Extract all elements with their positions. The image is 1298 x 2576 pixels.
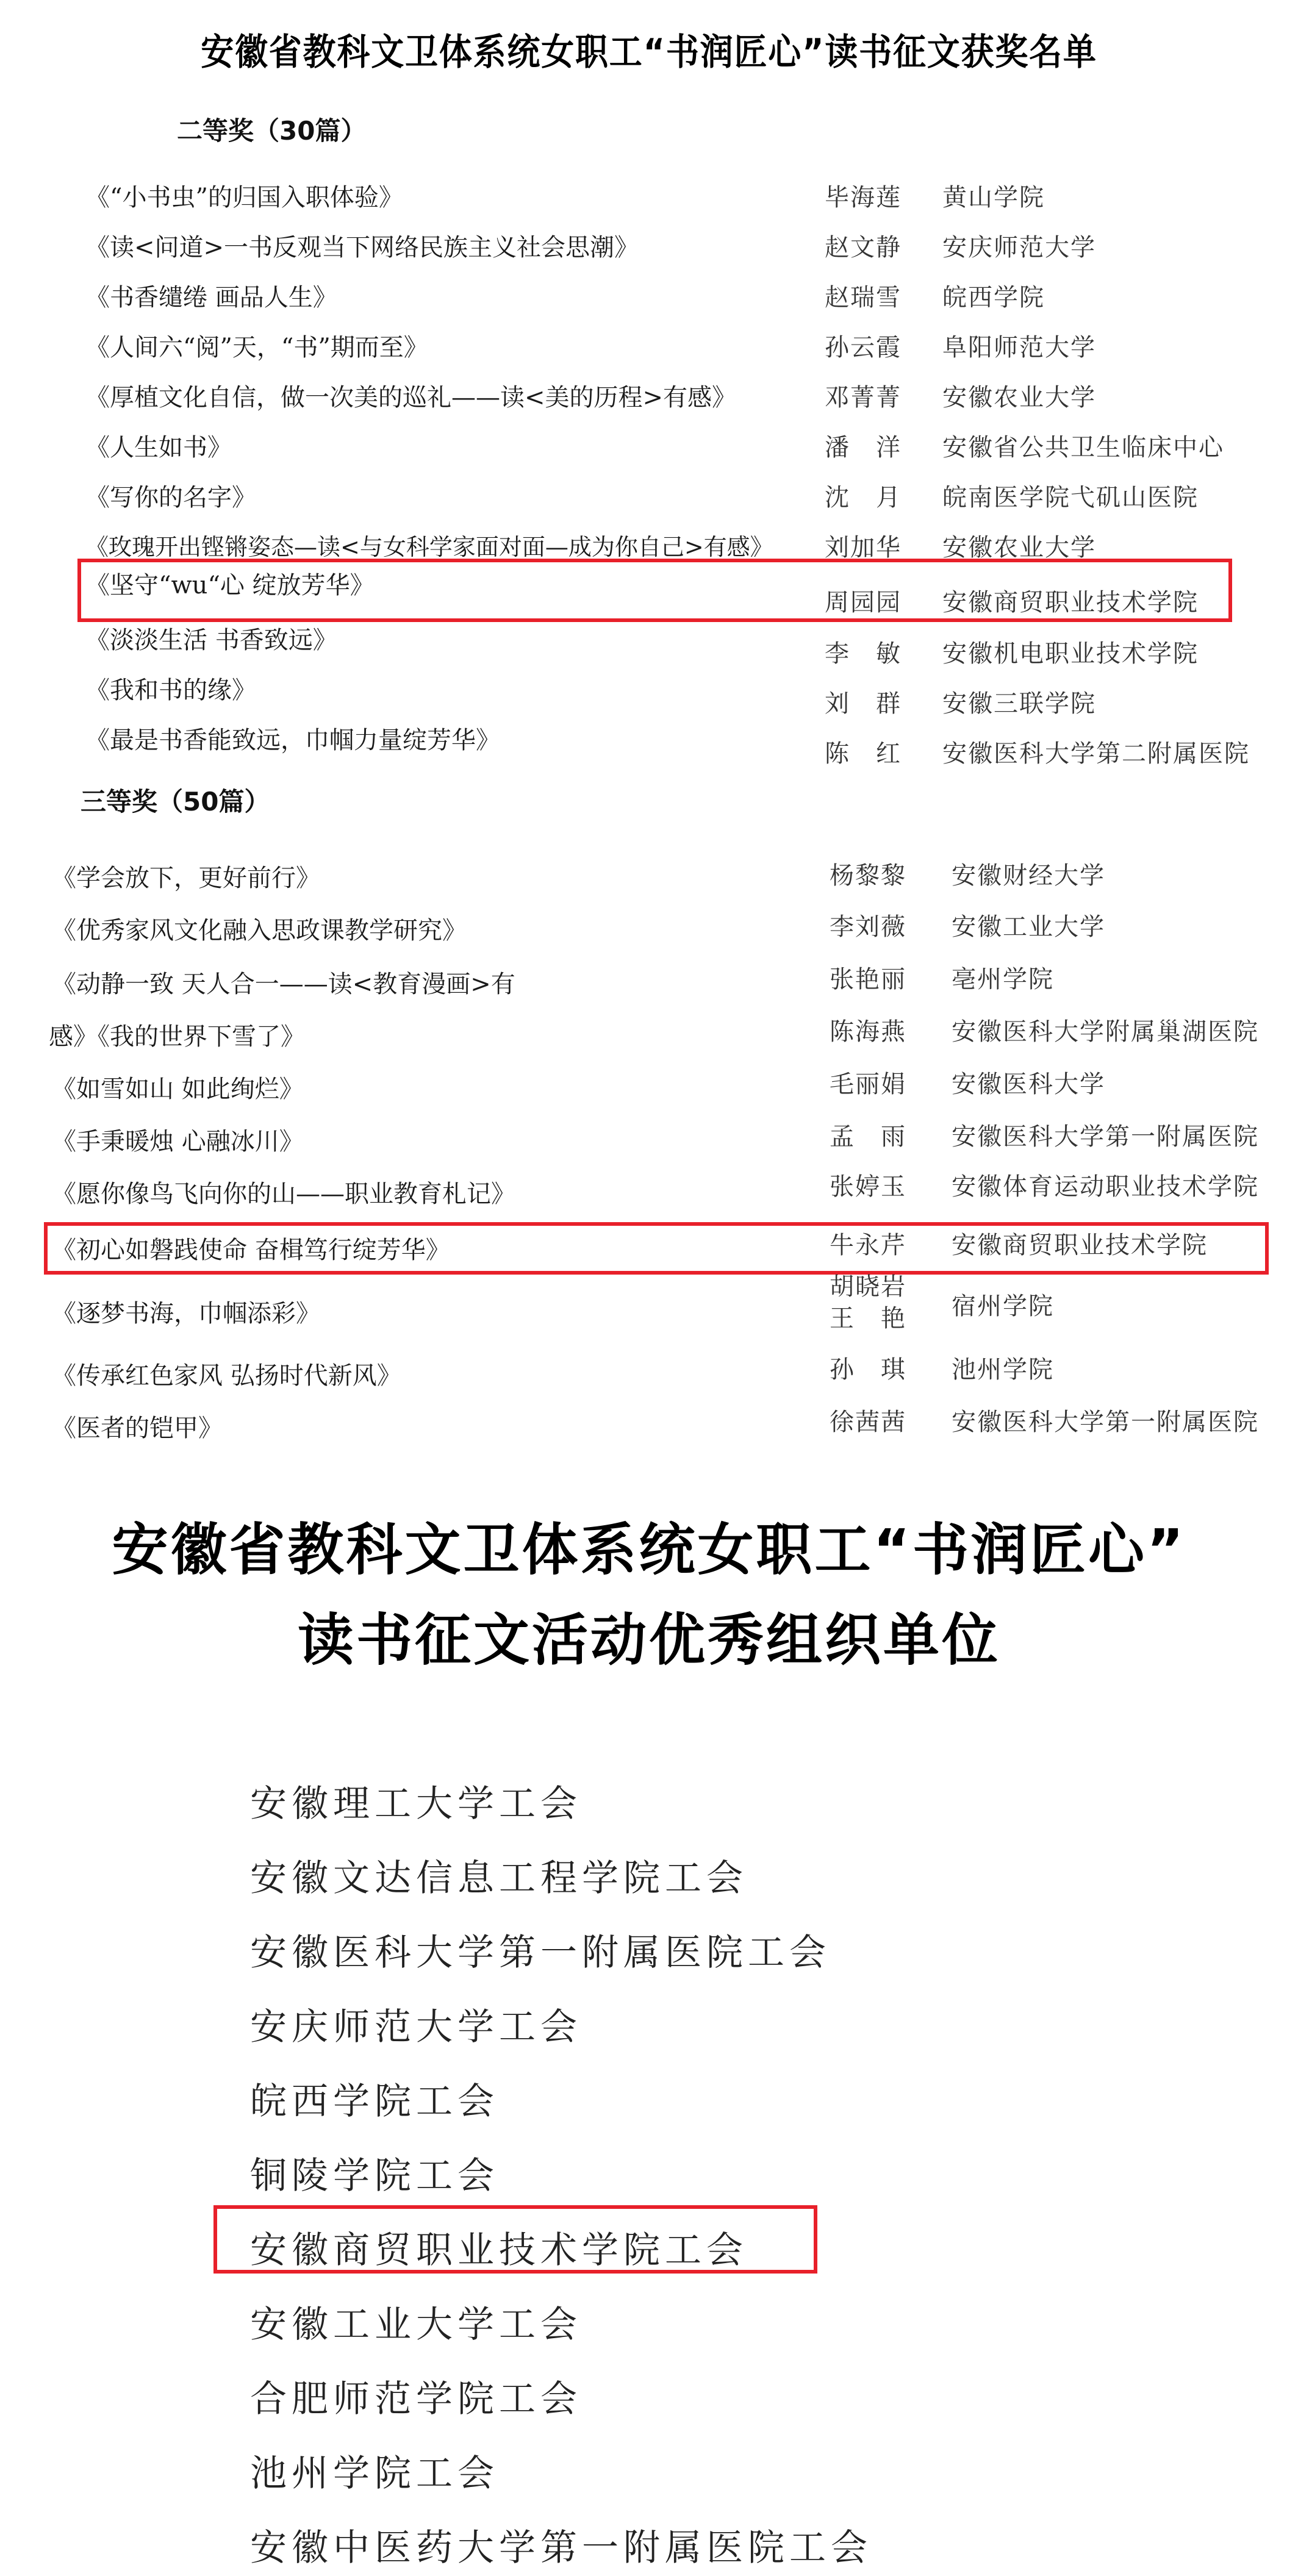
award-title: 《玫瑰开出铿锵姿态—读<与女科学家面对面—成为你自己>有感》 — [85, 528, 773, 562]
organization-item: 合肥师范学院工会 — [250, 2370, 582, 2422]
award-title: 《人间六“阅”天，“书”期而至》 — [85, 328, 428, 363]
award-title: 《写你的名字》 — [85, 478, 256, 513]
author-name: 李 敏 — [825, 634, 902, 669]
author-unit: 安徽省公共卫生临床中心 — [942, 428, 1224, 463]
award-title: 《动静一致 天人合一——读<教育漫画>有 — [52, 965, 515, 1000]
third-prize-heading: 三等奖（50篇） — [81, 782, 270, 818]
organization-item: 安徽文达信息工程学院工会 — [250, 1849, 748, 1902]
author-unit: 安徽农业大学 — [942, 528, 1096, 563]
author-name: 潘 洋 — [825, 428, 902, 463]
author-name: 赵瑞雪 — [825, 278, 902, 313]
award-title: 《我和书的缘》 — [85, 671, 256, 706]
author-unit: 安徽机电职业技术学院 — [942, 634, 1199, 669]
award-title: 《“小书虫”的归国入职体验》 — [85, 178, 403, 213]
organization-item: 安徽工业大学工会 — [250, 2295, 582, 2348]
author-name: 张婷玉 — [830, 1167, 906, 1202]
organization-item: 安徽医科大学第一附属医院工会 — [250, 1923, 831, 1976]
author-name: 赵文静 — [825, 228, 902, 263]
organization-item: 池州学院工会 — [250, 2444, 499, 2497]
award-title: 《学会放下，更好前行》 — [52, 859, 320, 893]
author-name: 邓菁菁 — [825, 378, 902, 413]
author-name: 刘加华 — [825, 528, 902, 563]
author-unit: 皖西学院 — [942, 278, 1045, 313]
organization-item-highlighted: 安徽商贸职业技术学院工会 — [250, 2221, 748, 2274]
award-title: 《最是书香能致远，巾帼力量绽芳华》 — [85, 721, 500, 756]
organization-item: 安徽中医药大学第一附属医院工会 — [250, 2519, 872, 2571]
organization-item: 铜陵学院工会 — [250, 2147, 499, 2199]
author-name: 李刘薇 — [830, 907, 906, 942]
award-title: 《厚植文化自信，做一次美的巡礼——读<美的历程>有感》 — [85, 378, 736, 413]
author-name: 杨黎黎 — [830, 856, 906, 891]
author-name-highlighted: 周园园 — [825, 583, 902, 618]
document-title: 安徽省教科文卫体系统女职工“书润匠心”读书征文获奖名单 — [65, 23, 1233, 76]
author-unit: 安徽工业大学 — [952, 907, 1105, 942]
author-name-1: 胡晓岩 — [830, 1271, 906, 1303]
author-unit: 安徽医科大学 — [952, 1065, 1105, 1100]
author-unit: 安徽医科大学第一附属医院 — [952, 1117, 1259, 1152]
author-name: 沈 月 — [825, 478, 902, 513]
author-name: 张艳丽 — [830, 960, 906, 995]
author-name: 陈海燕 — [830, 1012, 906, 1047]
award-title-highlighted: 《坚守“wu“心 绽放芳华》 — [85, 566, 375, 601]
organizations-title-line1: 安徽省教科文卫体系统女职工“书润匠心” — [0, 1505, 1298, 1586]
author-name: 陈 红 — [825, 734, 902, 769]
award-title: 《书香缱绻 画品人生》 — [85, 278, 337, 313]
award-title: 感》《我的世界下雪了》 — [49, 1017, 305, 1052]
author-name-2: 王 艳 — [830, 1303, 906, 1334]
author-unit: 安徽财经大学 — [952, 856, 1105, 891]
organization-item: 安徽理工大学工会 — [250, 1775, 582, 1827]
award-title: 《逐梦书海，巾帼添彩》 — [52, 1294, 320, 1329]
award-title: 《手秉暖烛 心融冰川》 — [52, 1122, 304, 1157]
author-name: 孟 雨 — [830, 1117, 906, 1152]
author-unit-highlighted: 安徽商贸职业技术学院 — [952, 1226, 1208, 1261]
author-unit: 宿州学院 — [952, 1287, 1054, 1322]
author-name-highlighted: 牛永芹 — [830, 1226, 906, 1261]
author-name: 刘 群 — [825, 684, 902, 719]
award-title: 《优秀家风文化融入思政课教学研究》 — [52, 911, 467, 946]
second-prize-heading: 二等奖（30篇） — [177, 111, 366, 148]
author-unit: 黄山学院 — [942, 178, 1045, 213]
award-title: 《读<问道>一书反观当下网络民族主义社会思潮》 — [85, 228, 639, 263]
award-title: 《淡淡生活 书香致远》 — [85, 621, 337, 656]
author-unit: 安徽医科大学附属巢湖医院 — [952, 1012, 1259, 1047]
author-name: 徐茜茜 — [830, 1403, 906, 1437]
author-unit: 安徽体育运动职业技术学院 — [952, 1167, 1259, 1202]
award-title: 《传承红色家风 弘扬时代新风》 — [52, 1356, 401, 1391]
author-name: 毕海莲 — [825, 178, 902, 213]
award-title-highlighted: 《初心如磐践使命 奋楫笃行绽芳华》 — [52, 1231, 450, 1265]
award-title: 《人生如书》 — [85, 428, 232, 463]
organization-item: 皖西学院工会 — [250, 2072, 499, 2125]
award-title: 《愿你像鸟飞向你的山——职业教育札记》 — [52, 1175, 515, 1209]
author-unit: 亳州学院 — [952, 960, 1054, 995]
author-unit: 皖南医学院弋矶山医院 — [942, 478, 1199, 513]
author-name: 胡晓岩 王 艳 — [830, 1271, 906, 1334]
author-unit: 安徽医科大学第一附属医院 — [952, 1403, 1259, 1437]
author-unit-highlighted: 安徽商贸职业技术学院 — [942, 583, 1199, 618]
author-unit: 池州学院 — [952, 1350, 1054, 1385]
award-title: 《如雪如山 如此绚烂》 — [52, 1070, 304, 1104]
organization-item: 安庆师范大学工会 — [250, 1998, 582, 2050]
organizations-title-line2: 读书征文活动优秀组织单位 — [0, 1595, 1298, 1676]
author-unit: 安徽三联学院 — [942, 684, 1096, 719]
author-unit: 安徽医科大学第二附属医院 — [942, 734, 1250, 769]
author-unit: 安徽农业大学 — [942, 378, 1096, 413]
author-name: 孙云霞 — [825, 328, 902, 363]
award-title: 《医者的铠甲》 — [52, 1409, 223, 1444]
author-name: 孙 琪 — [830, 1350, 906, 1385]
author-unit: 阜阳师范大学 — [942, 328, 1096, 363]
author-name: 毛丽娟 — [830, 1065, 906, 1100]
author-unit: 安庆师范大学 — [942, 228, 1096, 263]
